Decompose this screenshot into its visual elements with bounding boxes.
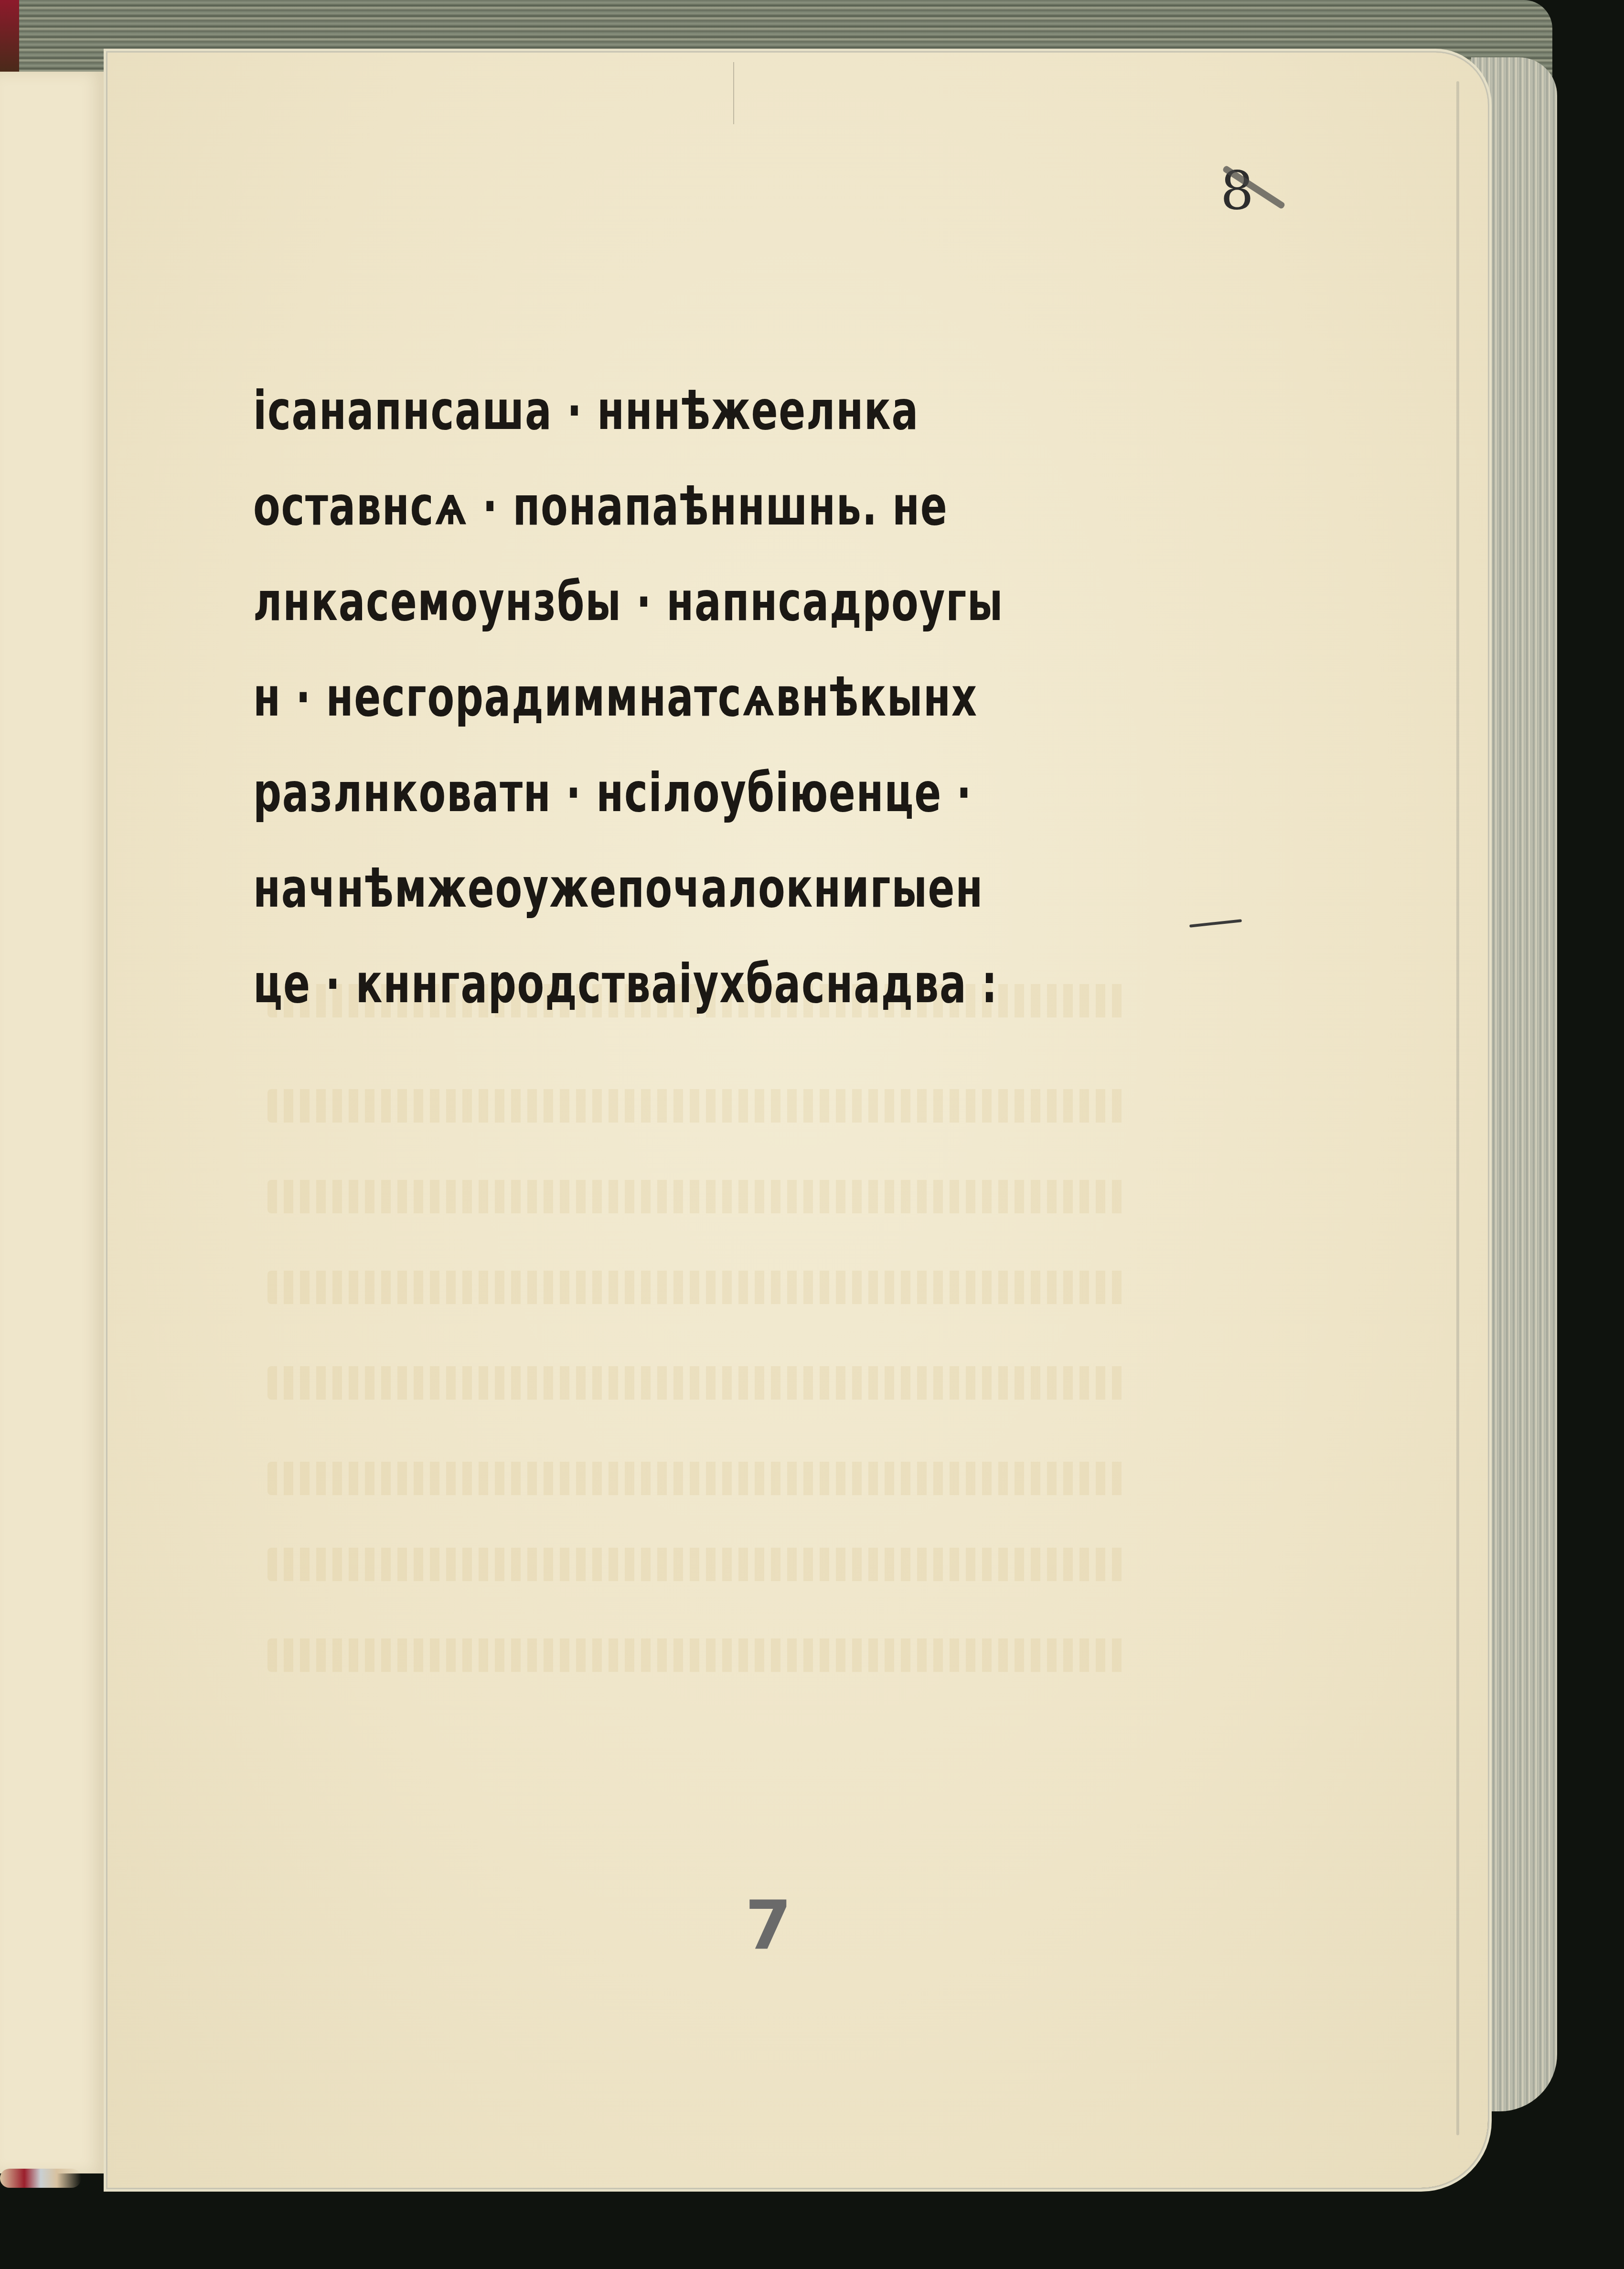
- pencil-page-number: 7: [745, 1887, 791, 1965]
- text-line: оставнсѧ · понапаѣнншнь. не: [253, 459, 1056, 554]
- show-through-line: [267, 1366, 1127, 1400]
- text-line: н · несгорадиммнатсѧвнѣкынх: [253, 650, 1056, 745]
- binding-thread-top: [0, 0, 19, 72]
- fold-line: [733, 62, 734, 124]
- text-line: разлнковатн · нсілоубіюенце ·: [253, 745, 1056, 841]
- page-inner-edge: [1456, 81, 1459, 2135]
- manuscript-text: ісанапнсаша · нннѣжеелнка оставнсѧ · пон…: [253, 363, 1232, 1032]
- text-line: лнкасемоунзбы · напнсадроугы: [253, 554, 1056, 650]
- left-page-gutter: [0, 72, 107, 2173]
- show-through-line: [267, 1271, 1127, 1304]
- text-line: ісанапнсаша · нннѣжеелнка: [253, 363, 1056, 459]
- show-through-line: [267, 1180, 1127, 1213]
- text-line: це · кннгародстваіухбаснадва :: [253, 936, 1056, 1032]
- show-through-line: [267, 1638, 1127, 1672]
- text-line: начнѣмжеоужепочалокнигыен: [253, 841, 1056, 936]
- show-through-line: [267, 1089, 1127, 1123]
- show-through-line: [267, 1548, 1127, 1581]
- binding-thread-bottom: [0, 2169, 81, 2188]
- show-through-line: [267, 1462, 1127, 1495]
